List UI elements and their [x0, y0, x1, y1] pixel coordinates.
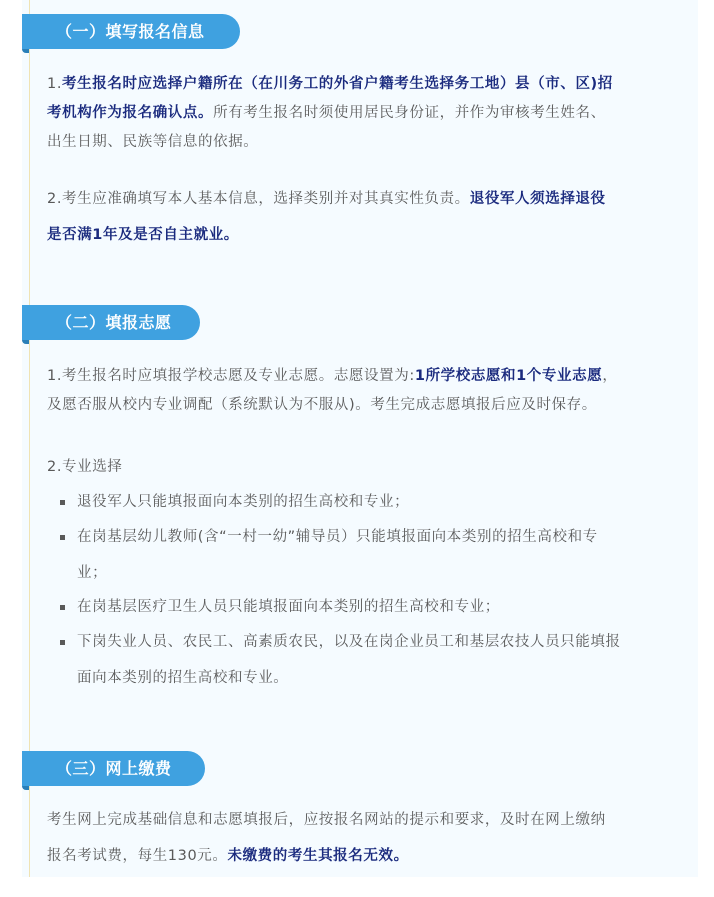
square-bullet-icon	[60, 605, 65, 610]
body-text: 出生日期、民族等信息的依据。	[47, 134, 258, 150]
body-text: ，	[602, 368, 617, 384]
section-2-heading: （二）填报志愿	[22, 305, 200, 340]
list-item: 下岗失业人员、农民工、高素质农民，以及在岗企业员工和基层农技人员只能填报 面向本…	[60, 624, 680, 696]
emphasis-text: 退役军人须选择退役	[470, 191, 606, 207]
body-text: 所有考生报名时须使用居民身份证，并作为审核考生姓名、	[213, 105, 606, 121]
body-text: 及愿否服从校内专业调配（系统默认为不服从)。考生完成志愿填报后应及时保存。	[47, 397, 597, 413]
square-bullet-icon	[60, 535, 65, 540]
emphasis-text: 考生报名时应选择户籍所在（在川务工的外省户籍考生选择务工地）县（市、区)招	[62, 76, 613, 92]
square-bullet-icon	[60, 500, 65, 505]
emphasis-text: 考机构作为报名确认点。	[47, 105, 213, 121]
section-2-heading-text: （二）填报志愿	[56, 313, 172, 332]
list-item-text: 业；	[77, 555, 598, 591]
banner-fold	[22, 340, 29, 344]
square-bullet-icon	[60, 640, 65, 645]
section-3-heading: （三）网上缴费	[22, 751, 205, 786]
section-3-heading-text: （三）网上缴费	[56, 759, 172, 778]
body-text: 1.考生报名时应填报学校志愿及专业志愿。志愿设置为:	[47, 368, 415, 384]
section-1-heading-text: （一）填写报名信息	[56, 22, 205, 41]
list-item-text: 退役军人只能填报面向本类别的招生高校和专业；	[77, 484, 409, 520]
list-item: 退役军人只能填报面向本类别的招生高校和专业；	[60, 484, 680, 520]
section-2-subtitle: 2.专业选择	[47, 449, 677, 485]
emphasis-text: 是否满1年及是否自主就业。	[47, 227, 239, 243]
list-item: 在岗基层幼儿教师(含“一村一幼”辅导员）只能填报面向本类别的招生高校和专 业；	[60, 519, 680, 591]
banner-fold	[22, 49, 29, 53]
section-1-paragraph-2: 2.考生应准确填写本人基本信息，选择类别并对其真实性负责。退役军人须选择退役 是…	[47, 181, 677, 253]
list-item-text: 面向本类别的招生高校和专业。	[77, 660, 621, 696]
emphasis-text: 未缴费的考生其报名无效。	[227, 848, 408, 864]
para-prefix: 1.	[47, 76, 62, 92]
body-text: 2.考生应准确填写本人基本信息，选择类别并对其真实性负责。	[47, 191, 470, 207]
list-item: 在岗基层医疗卫生人员只能填报面向本类别的招生高校和专业；	[60, 589, 680, 625]
banner-fold	[22, 786, 29, 790]
body-text: 2.专业选择	[47, 459, 122, 475]
section-1-heading: （一）填写报名信息	[22, 14, 240, 49]
left-accent-line	[29, 0, 30, 877]
section-3-paragraph-1: 考生网上完成基础信息和志愿填报后，应按报名网站的提示和要求，及时在网上缴纳 报名…	[47, 802, 677, 874]
section-1-paragraph-1: 1.考生报名时应选择户籍所在（在川务工的外省户籍考生选择务工地）县（市、区)招 …	[47, 66, 677, 160]
body-text: 报名考试费，每生130元。	[47, 848, 227, 864]
list-item-text: 下岗失业人员、农民工、高素质农民，以及在岗企业员工和基层农技人员只能填报	[77, 624, 621, 660]
emphasis-text: 1所学校志愿和1个专业志愿	[415, 368, 602, 384]
body-text: 考生网上完成基础信息和志愿填报后，应按报名网站的提示和要求，及时在网上缴纳	[47, 812, 606, 828]
list-item-text: 在岗基层幼儿教师(含“一村一幼”辅导员）只能填报面向本类别的招生高校和专	[77, 519, 598, 555]
list-item-text: 在岗基层医疗卫生人员只能填报面向本类别的招生高校和专业；	[77, 589, 500, 625]
section-2-paragraph-1: 1.考生报名时应填报学校志愿及专业志愿。志愿设置为:1所学校志愿和1个专业志愿，…	[47, 358, 677, 423]
